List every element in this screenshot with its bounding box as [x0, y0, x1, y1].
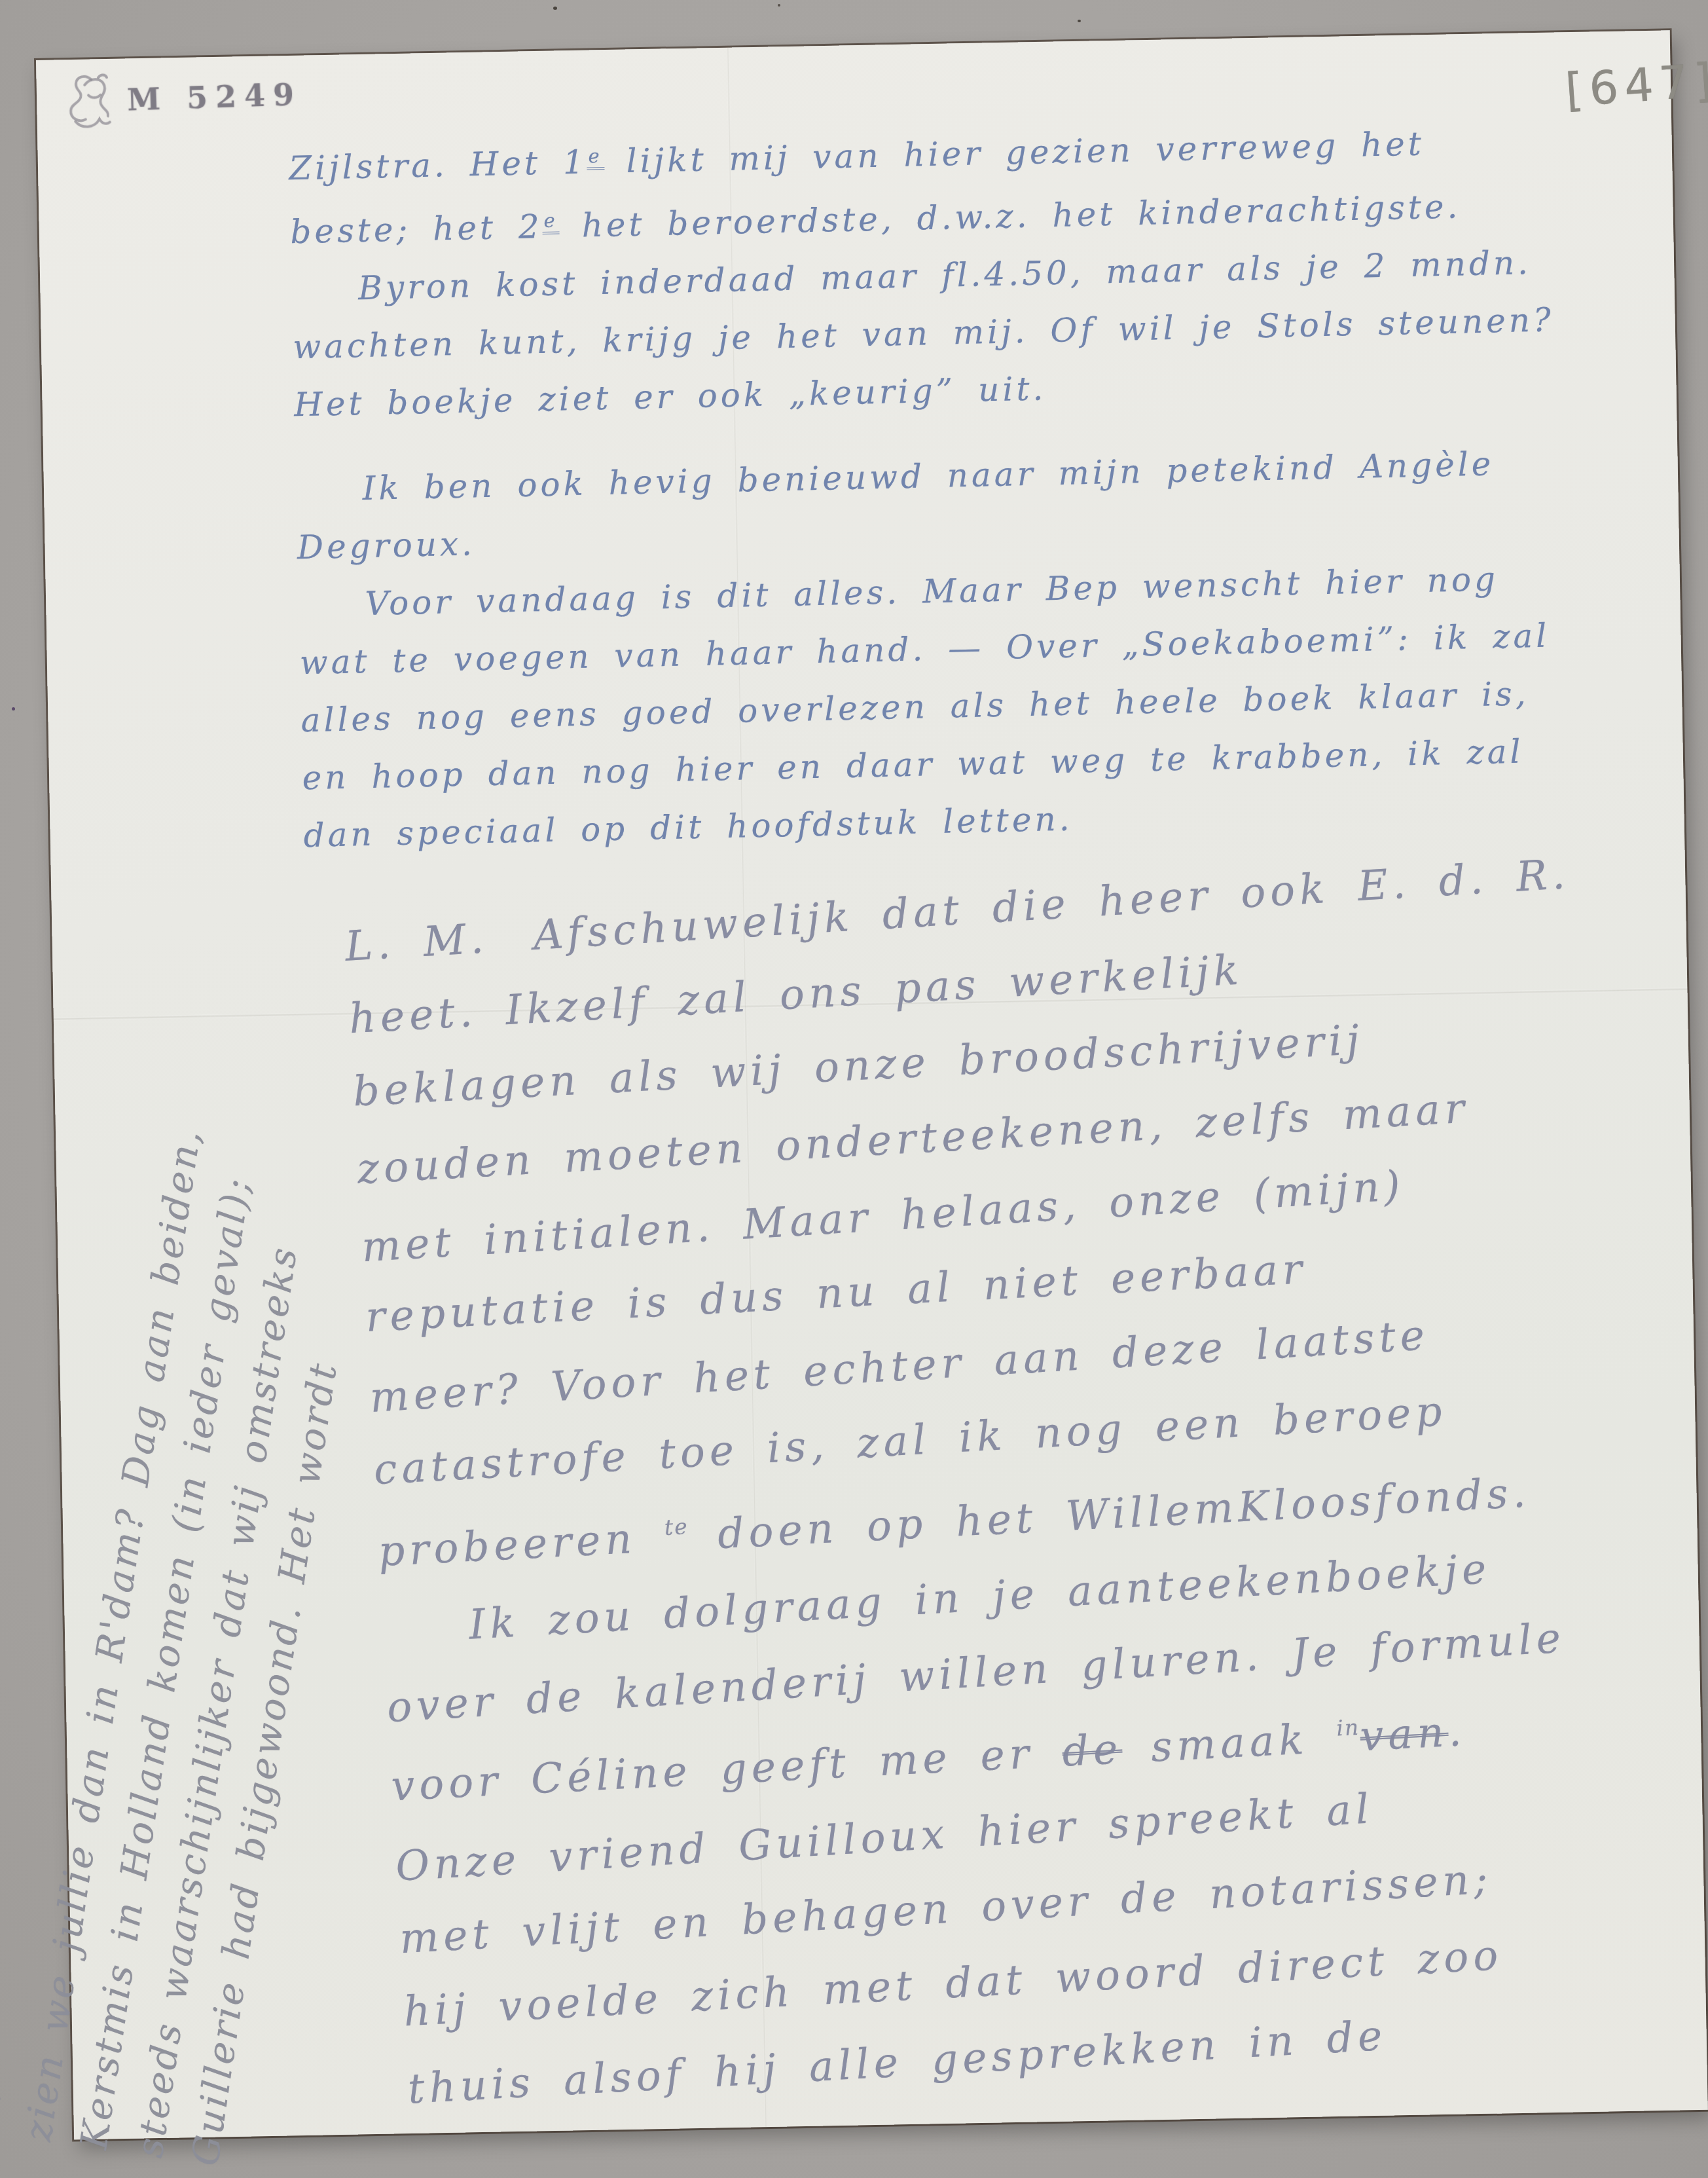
archive-stamp: M 5249	[66, 64, 303, 132]
letter-margin-postscript: B.zien we jullie dan in R'dam? Dag aan b…	[0, 845, 430, 2170]
stamp-crest-icon	[66, 70, 122, 132]
letter-body-first-hand: Zijlstra. Het 1e lijkt mij van hier gezi…	[288, 105, 1600, 864]
page-number-pencil: [647]	[1564, 53, 1708, 117]
scanner-background: M 5249 [647] Zijlstra. Het 1e lijkt mij …	[0, 0, 1708, 2178]
letter-body-second-hand: L. M. Afschuwelijk dat die heer ook E. d…	[343, 832, 1708, 2127]
scan-speck	[1078, 20, 1081, 22]
scan-speck	[778, 4, 780, 7]
letter-page: M 5249 [647] Zijlstra. Het 1e lijkt mij …	[36, 30, 1708, 2139]
scan-speck	[12, 707, 15, 711]
scan-speck	[553, 7, 557, 10]
stamp-number: M 5249	[126, 77, 302, 118]
